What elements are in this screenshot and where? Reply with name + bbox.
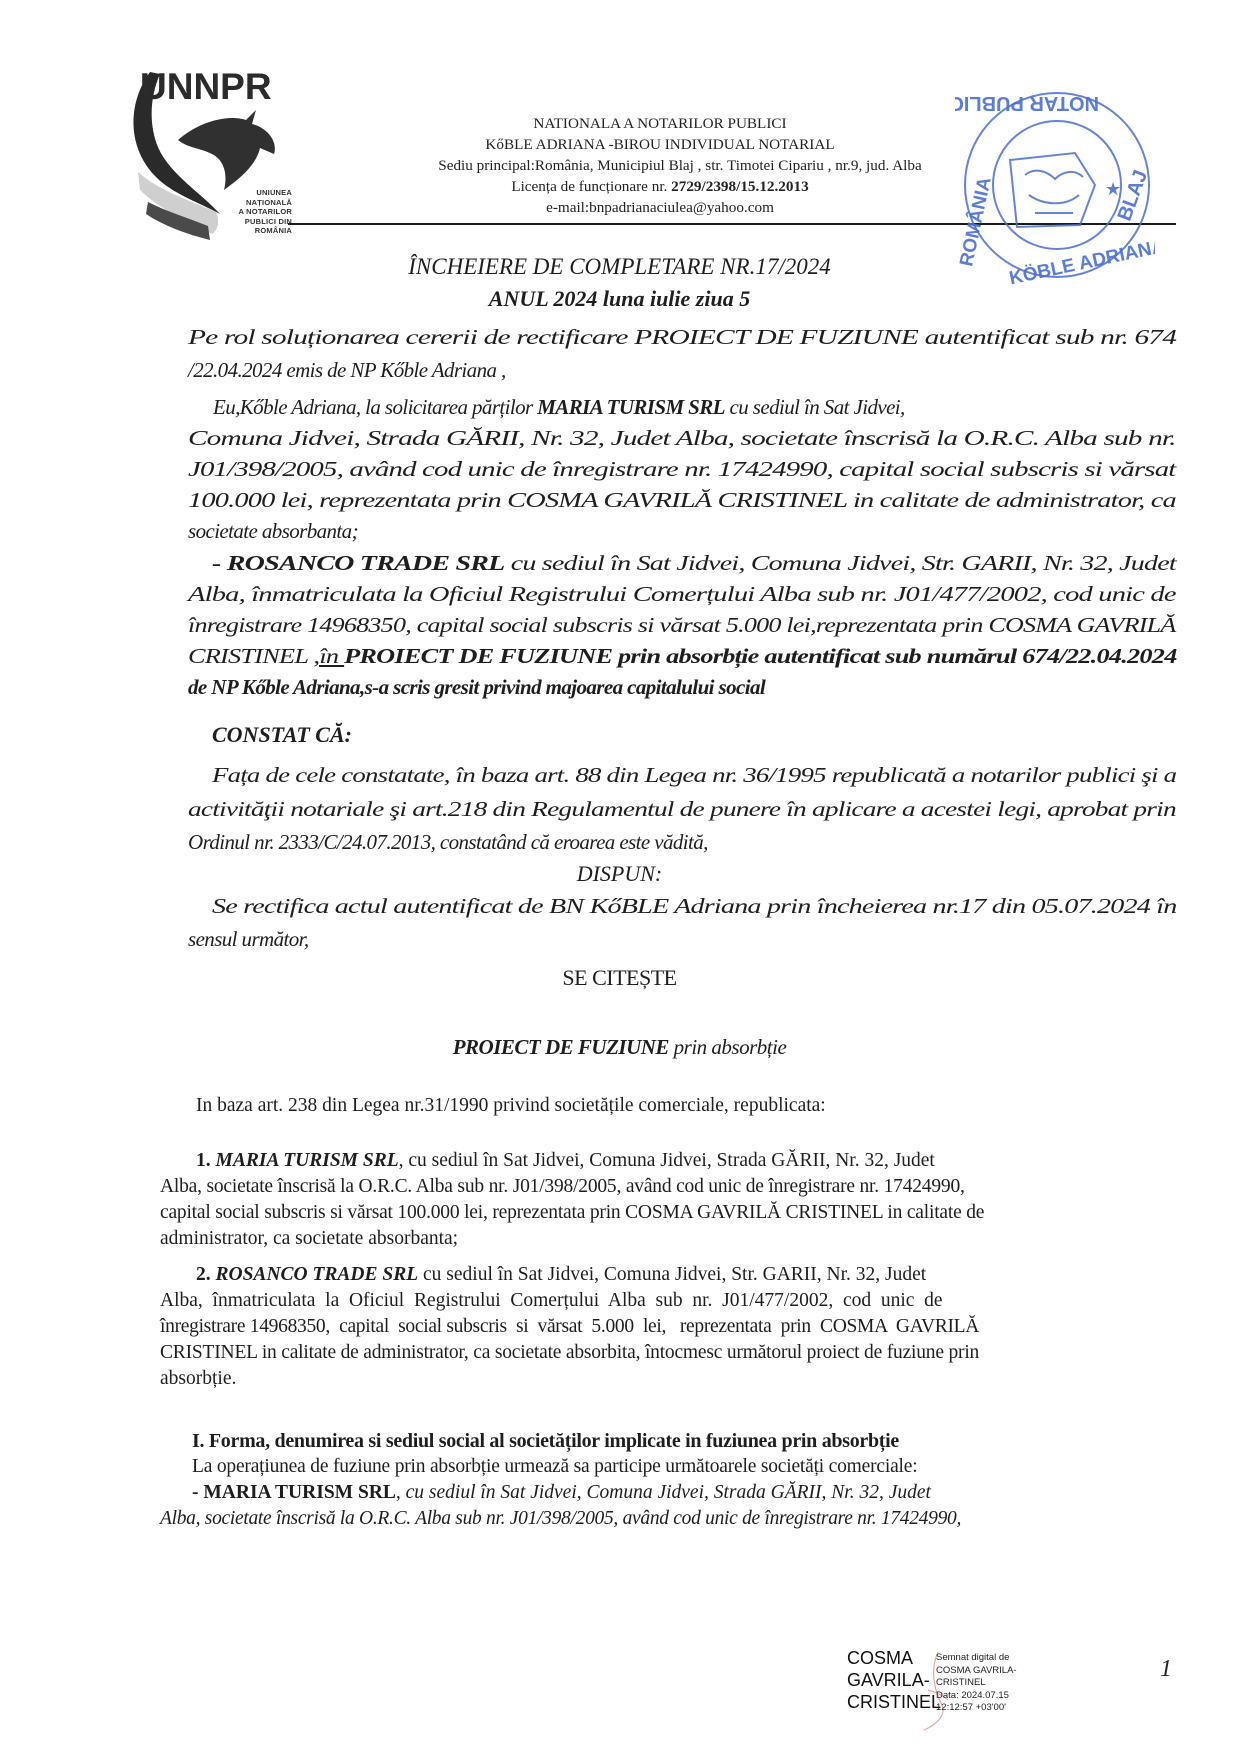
page-number: 1 [1160,1656,1172,1683]
header-license: Licența de funcționare nr. 2729/2398/15.… [360,176,960,197]
party2-line: Alba, înmatriculata la Oficiul Registrul… [188,581,1176,607]
intro-line: Pe rol soluționarea cererii de rectifica… [188,324,1176,350]
section1-line: - MARIA TURISM SRL, cu sediul în Sat Jid… [192,1480,931,1506]
proiect-item2-line: înregistrare 14968350, capital social su… [160,1314,979,1340]
digital-signature-name: COSMA GAVRILA- CRISTINEL [847,1647,941,1713]
signature-name-line: COSMA [847,1647,941,1669]
company-name: MARIA TURISM SRL [537,395,725,419]
logo-title: UNNPR [140,66,272,108]
header-org-name: NATIONALA A NOTARILOR PUBLICI [360,113,960,134]
license-number: 2729/2398/15.12.2013 [671,178,809,195]
svg-text:★: ★ [1105,179,1121,199]
section1-line: La operațiunea de fuziune prin absorbție… [192,1454,917,1480]
proiect-item2: 2. ROSANCO TRADE SRL cu sediul în Sat Ji… [196,1262,926,1288]
party1-line: J01/398/2005, având cod unic de înregist… [188,456,1175,482]
party1-line: Eu,Kőble Adriana, la solicitarea părțilo… [213,394,905,420]
logo-subtitle-line: ROMÂNIA [218,226,292,236]
party2-line: - ROSANCO TRADE SRL cu sediul în Sat Jid… [212,550,1176,576]
constat-line: Fața de cele constatate, în baza art. 88… [212,762,1176,788]
logo-subtitle-line: UNIUNEA [218,188,292,198]
proiect-item1: 1. MARIA TURISM SRL, cu sediul în Sat Ji… [196,1148,935,1174]
header-email: e-mail:bnpadrianaciulea@yahoo.com [360,197,960,218]
proiect-item1-line: capital social subscris si vărsat 100.00… [160,1200,984,1226]
signature-detail-line: Semnat digital de [936,1652,1017,1665]
party1-line: societate absorbanta; [188,518,358,544]
document-title: ÎNCHEIERE DE COMPLETARE NR.17/2024 [0,254,1239,280]
proiect-item2-line: absorbție. [160,1366,236,1392]
document-date: ANUL 2024 luna iulie ziua 5 [0,286,1239,312]
constat-heading: CONSTAT CĂ: [212,722,352,748]
constat-line: activităţii notariale şi art.218 din Reg… [188,796,1176,822]
se-citeste-heading: SE CITEȘTE [0,965,1239,991]
constat-line: Ordinul nr. 2333/C/24.07.2013, constatân… [188,829,708,855]
digital-signature-details: Semnat digital de COSMA GAVRILA- CRISTIN… [936,1652,1017,1715]
proiect-title: PROIECT DE FUZIUNE prin absorbție [0,1034,1239,1060]
svg-text:NOTAR PUBLIC: NOTAR PUBLIC [955,92,1099,114]
logo-subtitle-line: A NOTARILOR [218,207,292,217]
proiect-item1-line: Alba, societate înscrisă la O.R.C. Alba … [160,1174,965,1200]
header-address: Sediu principal:România, Municipiul Blaj… [340,155,1020,176]
logo-subtitle: UNIUNEA NAȚIONALĂ A NOTARILOR PUBLICI DI… [218,188,292,236]
signature-name-line: GAVRILA- [847,1669,941,1691]
signature-detail-line: CRISTINEL [936,1677,1017,1690]
logo-subtitle-line: NAȚIONALĂ [218,198,292,208]
proiect-item1-line: administrator, ca societate absorbanta; [160,1226,458,1252]
header-office-name: KőBLE ADRIANA -BIROU INDIVIDUAL NOTARIAL [360,134,960,155]
party1-line: 100.000 lei, reprezentata prin COSMA GAV… [188,487,1176,513]
party1-line: Comuna Jidvei, Strada GĂRII, Nr. 32, Jud… [188,425,1176,451]
intro-line: /22.04.2024 emis de NP Kőble Adriana , [188,357,506,383]
dispun-line: Se rectifica actul autentificat de BN Kő… [212,893,1177,919]
party2-line: CRISTINEL ,în PROIECT DE FUZIUNE prin ab… [188,643,1177,669]
dispun-heading: DISPUN: [0,861,1239,887]
section1-heading: I. Forma, denumirea si sediul social al … [192,1428,899,1454]
signature-name-line: CRISTINEL [847,1691,941,1713]
proiect-item2-line: CRISTINEL in calitate de administrator, … [160,1340,979,1366]
logo-subtitle-line: PUBLICI DIN [218,217,292,227]
dispun-line: sensul următor, [188,926,309,952]
proiect-item2-line: Alba, înmatriculata la Oficiul Registrul… [160,1288,943,1314]
signature-detail-line: Data: 2024.07.15 [936,1690,1017,1703]
proiect-basis: In baza art. 238 din Legea nr.31/1990 pr… [196,1093,826,1119]
license-label: Licența de funcționare nr. [511,178,671,195]
company-name: - ROSANCO TRADE SRL [212,551,505,575]
party2-line: înregistrare 14968350, capital social su… [188,612,1176,638]
section1-line: Alba, societate înscrisă la O.R.C. Alba … [160,1506,961,1532]
signature-detail-line: COSMA GAVRILA- [936,1665,1017,1678]
signature-detail-line: 12:12:57 +03'00' [936,1702,1017,1715]
party2-line: de NP Kőble Adriana,s-a scris gresit pri… [188,674,765,700]
